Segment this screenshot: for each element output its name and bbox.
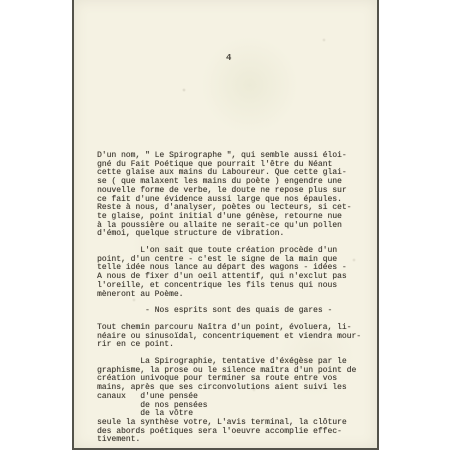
body-text: D'un nom, " Le Spirographe ", qui semble… <box>97 152 369 445</box>
page-number: 4 <box>226 53 231 63</box>
paragraph-2: L'on sait que toute création procède d'u… <box>97 247 369 299</box>
paragraph-1: D'un nom, " Le Spirographe ", qui semble… <box>97 152 369 239</box>
text-line: mèneront au Poème. <box>97 291 369 300</box>
text-line: rir en ce point. <box>97 341 369 350</box>
text-line: tivement. <box>97 436 369 445</box>
paragraph-epigraph: - Nos esprits sont des quais de gares - <box>97 307 369 316</box>
text-line: d'émoi, quelque structure de vibration. <box>97 230 369 239</box>
paragraph-3: Tout chemin parcouru Naîtra d'un point, … <box>97 324 369 350</box>
scan-background: 4 D'un nom, " Le Spirographe ", qui semb… <box>0 0 452 452</box>
paragraph-4: La Spirographie, tentative d'éxégèse par… <box>97 358 369 445</box>
document-page: 4 D'un nom, " Le Spirographe ", qui semb… <box>72 0 379 450</box>
text-line: - Nos esprits sont des quais de gares - <box>97 307 369 316</box>
